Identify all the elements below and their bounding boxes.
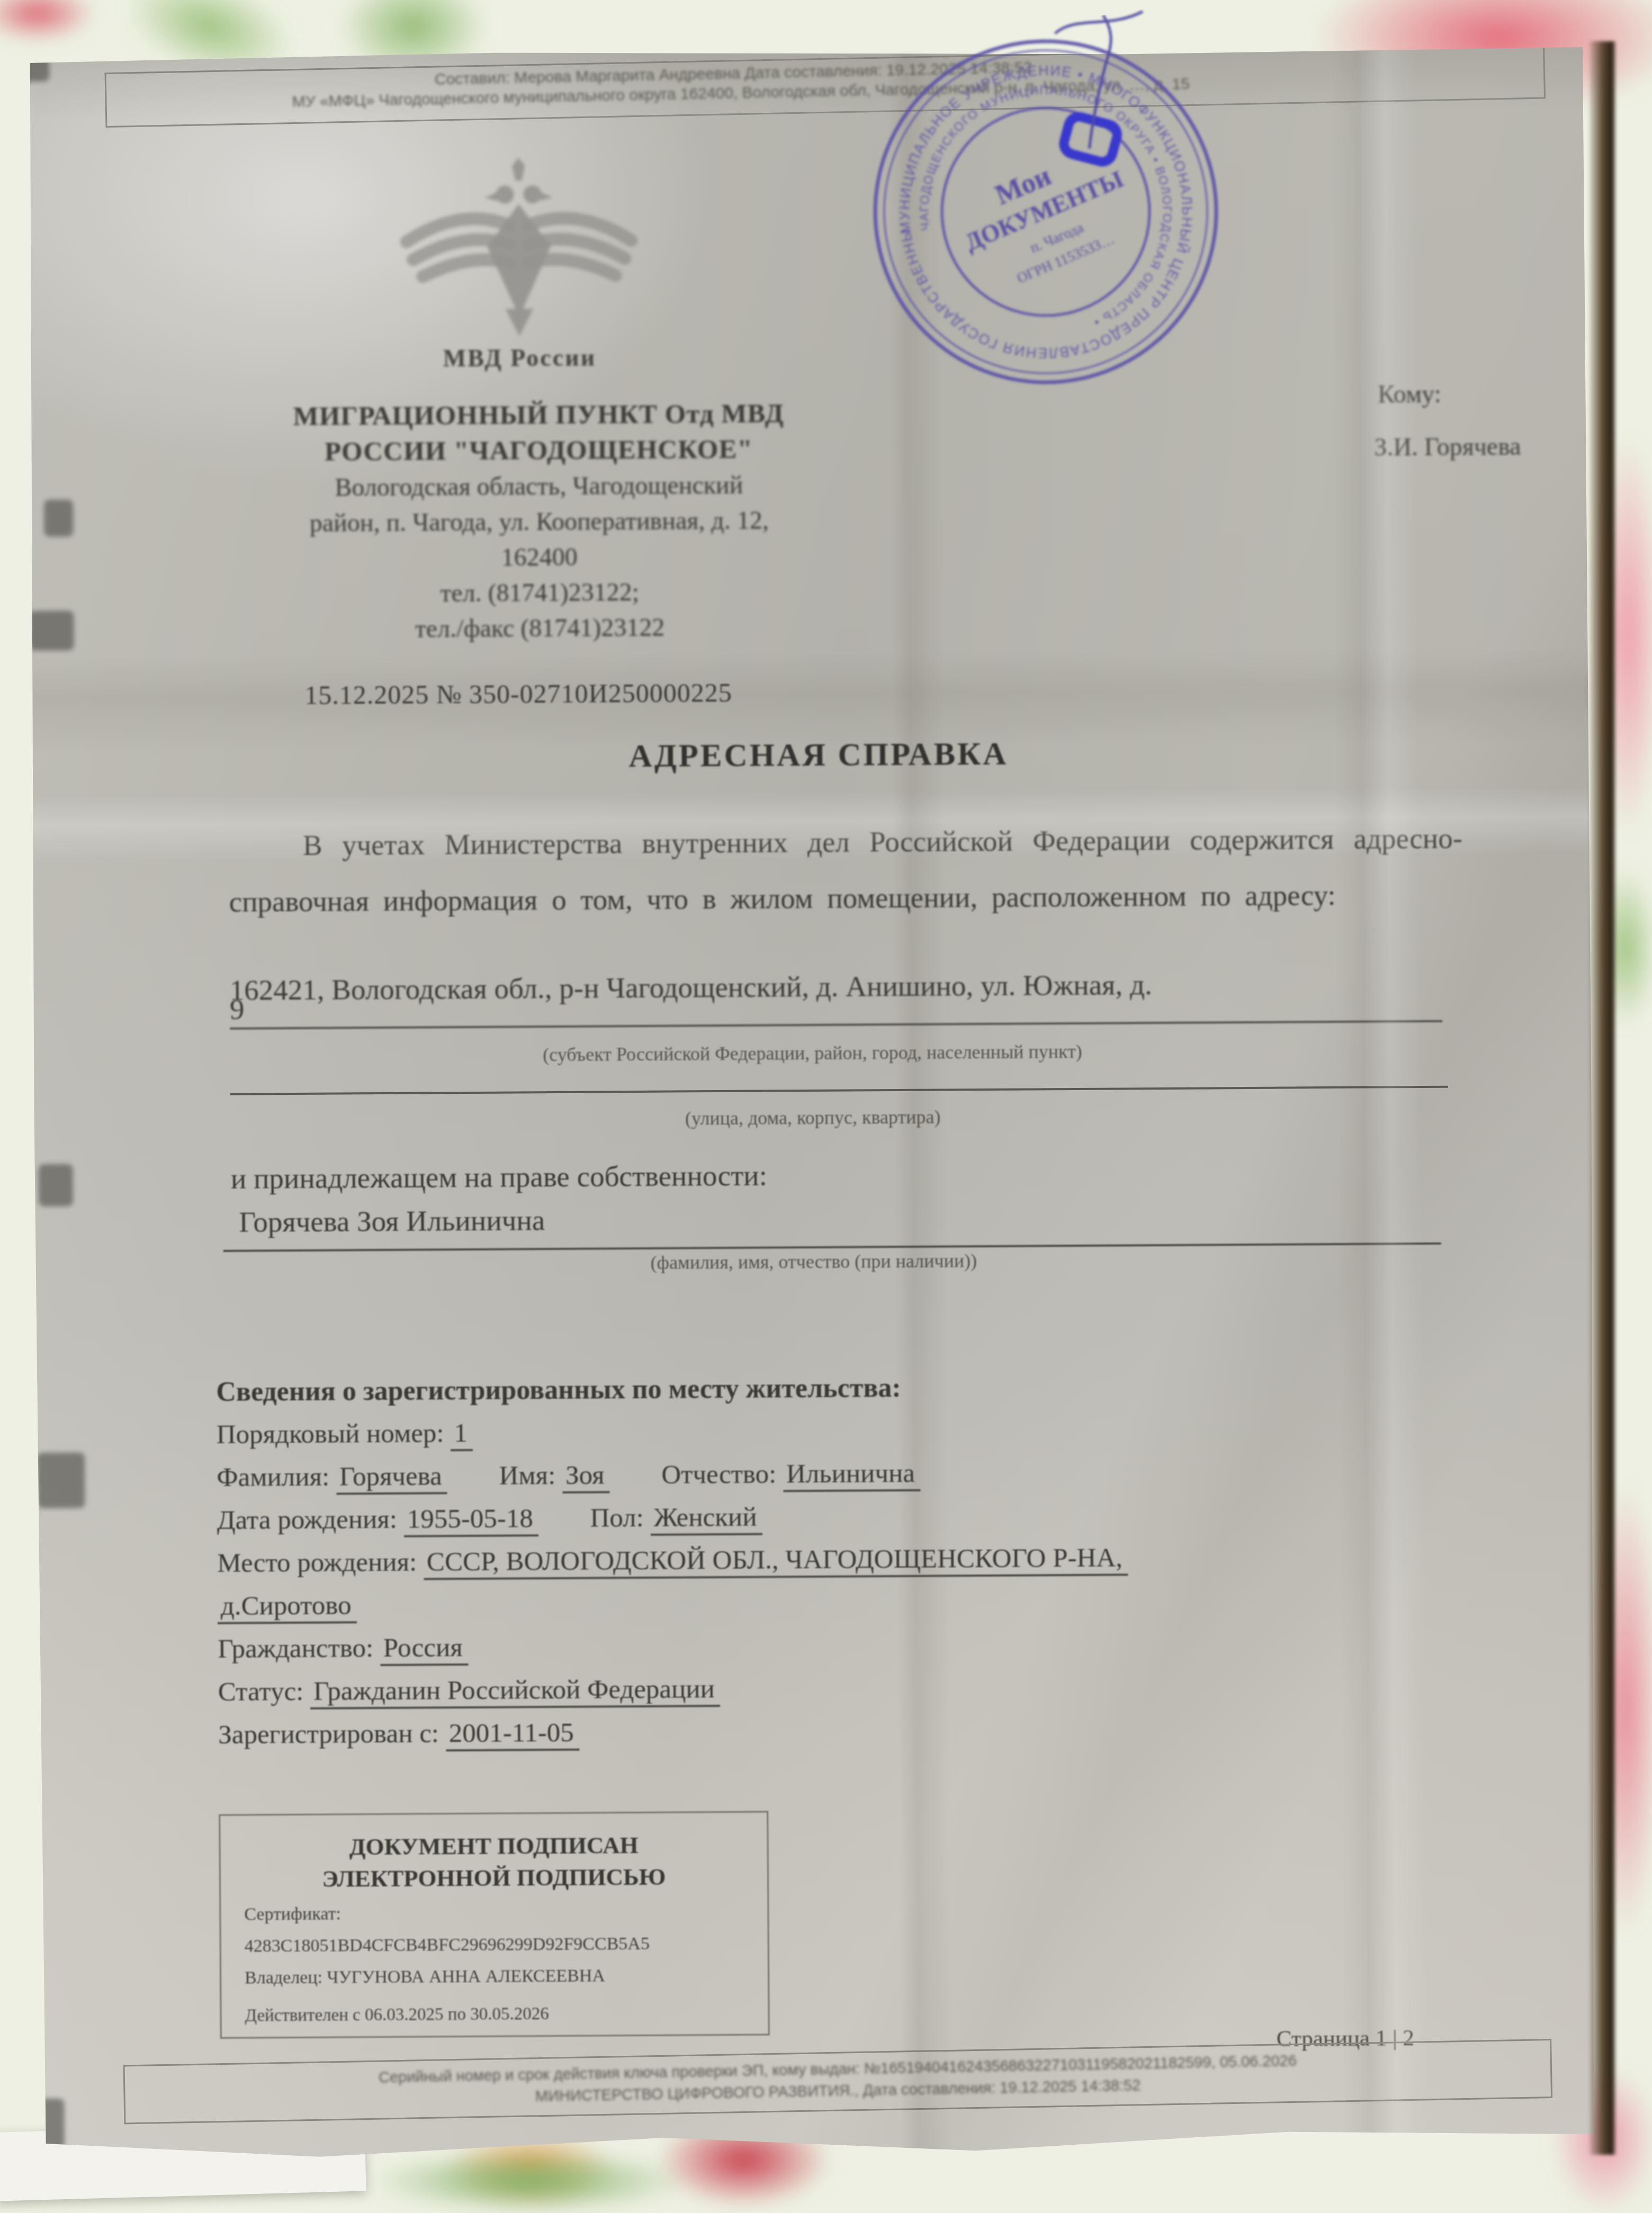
recipient-label: Кому: <box>1373 367 1521 421</box>
sender-line: тел. (81741)23122; <box>203 573 876 613</box>
ink-smudge <box>44 500 73 537</box>
sender-line: МИГРАЦИОННЫЙ ПУНКТ Отд МВД <box>202 395 875 435</box>
ink-smudge <box>17 58 49 82</box>
reference-number: 15.12.2025 № 350-02710И250000225 <box>304 677 732 710</box>
ink-smudge <box>39 1164 73 1207</box>
birthplace-row: Место рождения: СССР, ВОЛОГОДСКОЙ ОБЛ., … <box>217 1534 1498 1585</box>
sender-line: 162400 <box>203 537 875 577</box>
fio-row: Фамилия: Горячева Имя: Зоя Отчество: Иль… <box>217 1449 1498 1499</box>
sender-line: РОССИИ "ЧАГОДОЩЕНСКОЕ" <box>202 431 875 471</box>
recipient-name: З.И. Горячева <box>1374 420 1521 474</box>
sender-block: МИГРАЦИОННЫЙ ПУНКТ Отд МВД РОССИИ "ЧАГОД… <box>202 395 876 648</box>
photo-scene: Составил: Мерова Маргарита Андреевна Дат… <box>0 0 1652 2202</box>
serial-row: Порядковый номер: 1 <box>217 1406 1498 1456</box>
certificate-label: Сертификат: <box>244 1900 767 1927</box>
signature-title: ДОКУМЕНТ ПОДПИСАН ЭЛЕКТРОННОЙ ПОДПИСЬЮ <box>220 1829 767 1895</box>
field-caption-region: (субъект Российской Федерации, район, го… <box>31 1037 1593 1069</box>
certificate-owner: Владелец: ЧУГУНОВА АННА АЛЕКСЕЕВНА <box>245 1963 768 1991</box>
status-row: Статус: Гражданин Российской Федерации <box>218 1663 1500 1714</box>
certificate-validity: Действителен с 06.03.2025 по 30.05.2026 <box>245 2003 768 2026</box>
document-title: АДРЕСНАЯ СПРАВКА <box>30 732 1608 779</box>
birthplace-row-2: д.Сиротово <box>218 1577 1499 1628</box>
header-strip: Составил: Мерова Маргарита Андреевна Дат… <box>104 44 1546 128</box>
recipient-block: Кому: З.И. Горячева <box>1373 367 1521 474</box>
owner-name-line: Горячева Зоя Ильинична <box>223 1198 1441 1252</box>
mvd-eagle-emblem-icon <box>397 155 641 347</box>
emblem-caption: МВД России <box>392 343 647 373</box>
certificate-value: 4283C18051BD4CFCB4BFC29696299D92F9CCB5A5 <box>245 1931 768 1959</box>
blank-line <box>230 1086 1448 1095</box>
address-line-2: 9 <box>230 985 1442 1030</box>
leaf-decoration <box>371 2149 688 2202</box>
paper-edge-shadow <box>1590 41 1616 2155</box>
digital-signature-box: ДОКУМЕНТ ПОДПИСАН ЭЛЕКТРОННОЙ ПОДПИСЬЮ С… <box>219 1811 770 2039</box>
rose-decoration <box>0 0 95 42</box>
ink-smudge <box>37 1452 85 1508</box>
registered-since-row: Зарегистрирован с: 2001-11-05 <box>218 1706 1500 1757</box>
sender-line: район, п. Чагода, ул. Кооперативная, д. … <box>203 502 875 542</box>
field-caption-street: (улица, дома, корпус, квартира) <box>32 1102 1594 1134</box>
ownership-intro: и принадлежащем на праве собственности: <box>231 1159 767 1195</box>
mfc-round-stamp: МУНИЦИПАЛЬНОЕ УЧРЕЖДЕНИЕ • МНОГОФУНКЦИОН… <box>834 0 1258 424</box>
body-paragraph: В учетах Министерства внутренних дел Рос… <box>229 810 1463 930</box>
document-paper: Составил: Мерова Маргарита Андреевна Дат… <box>25 43 1600 2165</box>
sender-line: Вологодская область, Чагодощенский <box>203 466 875 506</box>
registered-persons-block: Сведения о зарегистрированных по месту ж… <box>216 1363 1500 1757</box>
citizenship-row: Гражданство: Россия <box>218 1620 1499 1671</box>
ink-smudge <box>29 611 74 651</box>
registered-heading: Сведения о зарегистрированных по месту ж… <box>216 1363 1497 1414</box>
birth-row: Дата рождения: 1955-05-18 Пол: Женский <box>217 1491 1498 1542</box>
sender-line: тел./факс (81741)23122 <box>203 608 876 648</box>
footer-strip: Серийный номер и срок действия ключа про… <box>123 2039 1552 2124</box>
